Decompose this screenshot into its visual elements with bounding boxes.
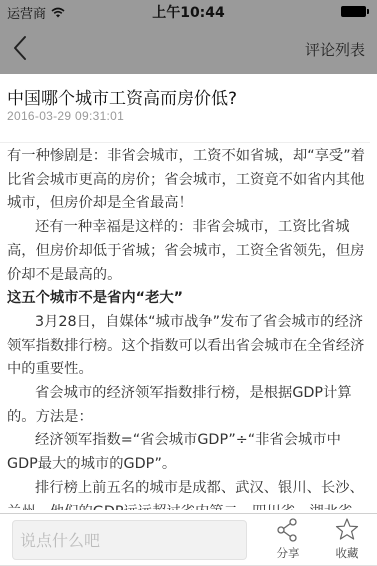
navigation-bar: 评论列表 [0,22,377,74]
paragraph: 还有一种幸福是这样的：非省会城市，工资比省城高，但房价却低于省城；省会城市，工资… [7,216,371,287]
status-time: 上午10:44 [0,2,377,22]
paragraph: 排行榜上前五名的城市是成都、武汉、银川、长沙、兰州，他们的GDP远远超过省内第二… [7,477,371,510]
comment-list-link[interactable]: 评论列表 [305,39,365,60]
bottom-action-bar: 分享 收藏 [0,513,377,566]
share-icon [276,517,300,543]
divider [0,142,370,143]
star-icon [335,517,359,543]
article-title: 中国哪个城市工资高而房价低? [7,84,237,109]
share-button[interactable]: 分享 [268,517,308,565]
chevron-left-icon [10,34,34,62]
back-button[interactable] [10,34,34,62]
article-date: 2016-03-29 09:31:01 [7,109,124,123]
battery-icon [341,6,369,17]
comment-input[interactable] [12,520,247,560]
favorite-label: 收藏 [327,545,367,561]
favorite-button[interactable]: 收藏 [327,517,367,565]
paragraph: 省会城市的经济领军指数排行榜，是根据GDP计算的。方法是： [7,382,371,429]
section-heading: 这五个城市不是省内“老大” [7,287,371,311]
paragraph: 有一种惨剧是：非省会城市，工资不如省城，却“享受”着比省会城市更高的房价；省会城… [7,145,371,216]
article-body[interactable]: 有一种惨剧是：非省会城市，工资不如省城，却“享受”着比省会城市更高的房价；省会城… [7,145,371,510]
paragraph: 3月28日，自媒体“城市战争”发布了省会城市的经济领军指数排行榜。这个指数可以看… [7,311,371,382]
share-label: 分享 [268,545,308,561]
paragraph: 经济领军指数=“省会城市GDP”÷“非省会城市中GDP最大的城市的GDP”。 [7,429,371,476]
status-bar: 运营商 上午10:44 [0,0,377,22]
